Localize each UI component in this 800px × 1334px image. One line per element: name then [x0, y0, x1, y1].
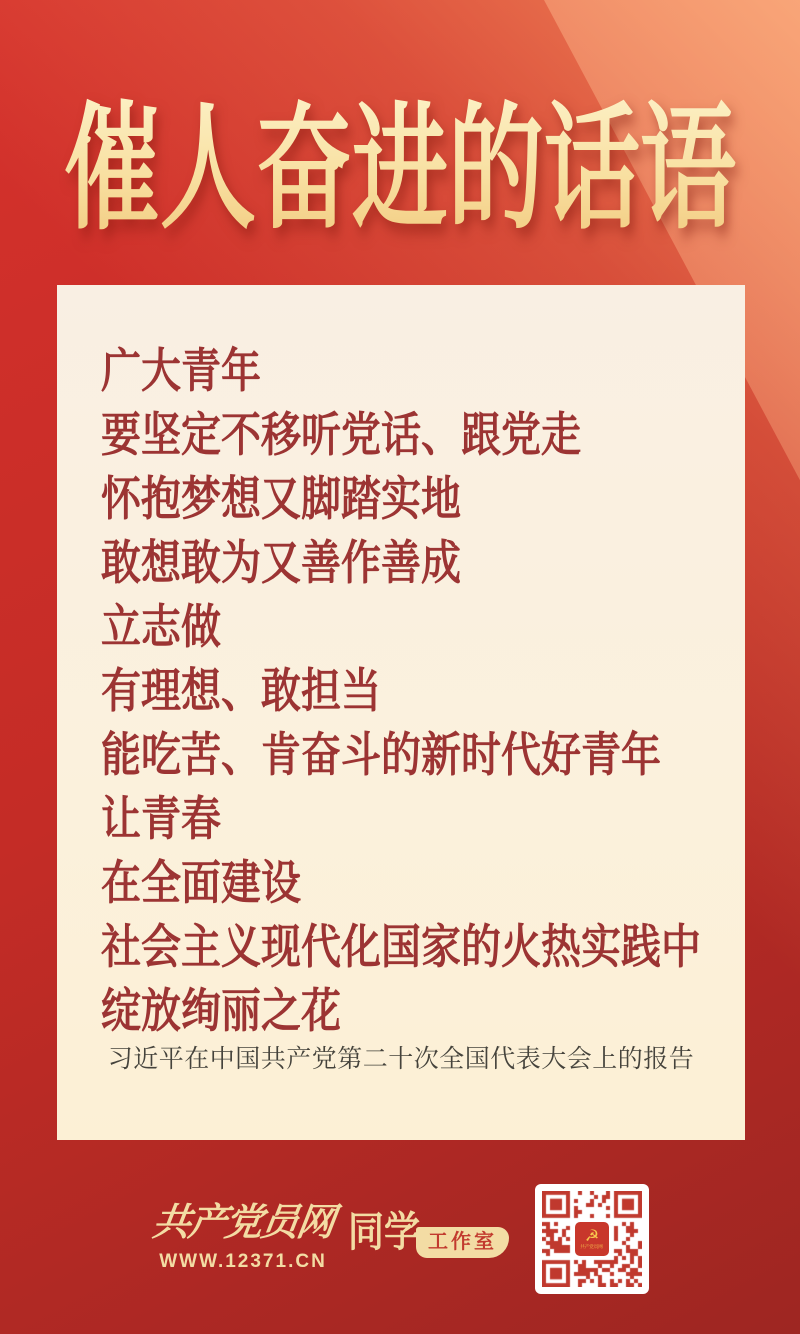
quote-line: 广大青年: [101, 340, 701, 404]
attribution-text: 习近平在中国共产党第二十次全国代表大会上的报告: [57, 1039, 745, 1075]
poster: 催人奋进的话语 广大青年要坚定不移听党话、跟党走怀抱梦想又脚踏实地敢想敢为又善作…: [0, 0, 800, 1334]
studio-name-text: 同学: [348, 1207, 420, 1258]
hammer-sickle-icon: ☭: [585, 1228, 599, 1245]
quote-card: 广大青年要坚定不移听党话、跟党走怀抱梦想又脚踏实地敢想敢为又善作善成立志做有理想…: [57, 285, 745, 1140]
site-logo-calligraphy: 共产党员网: [147, 1198, 340, 1246]
cpc-member-site-logo: 共产党员网 WWW.12371.CN: [150, 1198, 336, 1273]
quote-line: 在全面建设: [101, 852, 701, 916]
quote-line: 敢想敢为又善作善成: [101, 532, 701, 596]
party-emblem-badge: ☭ 共产党员网: [575, 1222, 609, 1256]
quote-line: 要坚定不移听党话、跟党走: [101, 404, 701, 468]
studio-badge: 工作室: [416, 1227, 509, 1258]
qr-emblem-text: 共产党员网: [581, 1245, 604, 1250]
page-title: 催人奋进的话语: [64, 95, 736, 245]
quote-line: 社会主义现代化国家的火热实践中: [101, 916, 701, 980]
quote-lines: 广大青年要坚定不移听党话、跟党走怀抱梦想又脚踏实地敢想敢为又善作善成立志做有理想…: [101, 340, 701, 1044]
quote-line: 绽放绚丽之花: [101, 980, 701, 1044]
title-area: 催人奋进的话语: [0, 92, 800, 248]
quote-line: 立志做: [101, 596, 701, 660]
quote-line: 有理想、敢担当: [101, 660, 701, 724]
qr-code: ☭ 共产党员网: [535, 1184, 649, 1294]
site-url-text: WWW.12371.CN: [150, 1251, 336, 1273]
quote-line: 让青春: [101, 788, 701, 852]
quote-line: 能吃苦、肯奋斗的新时代好青年: [101, 724, 701, 788]
quote-line: 怀抱梦想又脚踏实地: [101, 468, 701, 532]
